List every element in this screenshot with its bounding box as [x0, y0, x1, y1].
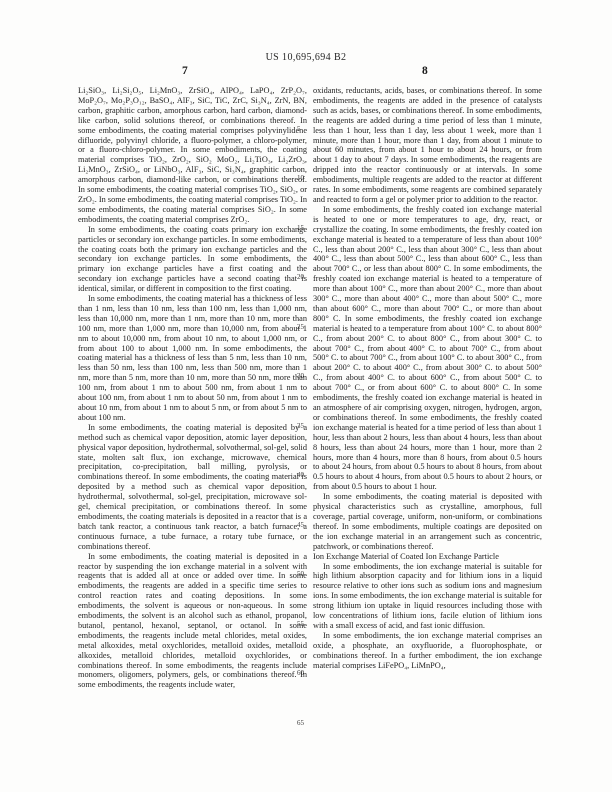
column-7-text: Li₂SiO₃, Li₂Si₂O₅, Li₂MnO₃, ZrSiO₄, AlPO…: [78, 86, 307, 690]
line-number: 65: [297, 719, 311, 728]
patent-number-header: US 10,695,694 B2: [0, 52, 612, 63]
paragraph: In some embodiments, the coating materia…: [78, 294, 307, 423]
paragraph: In some embodiments, the coating materia…: [78, 552, 307, 691]
paragraph: In some embodiments, the freshly coated …: [313, 205, 542, 492]
column-number-right: 8: [422, 65, 428, 77]
patent-page: US 10,695,694 B2 7 8 5 10 15 20 25 30 35…: [0, 0, 612, 792]
section-heading: Ion Exchange Material of Coated Ion Exch…: [313, 552, 542, 562]
paragraph: In some embodiments, the ion exchange ma…: [313, 562, 542, 631]
column-number-left: 7: [182, 65, 188, 77]
paragraph-continuation: oxidants, reductants, acids, bases, or c…: [313, 86, 542, 205]
paragraph: In some embodiments, the ion exchange ma…: [313, 631, 542, 671]
paragraph-continuation: Li₂SiO₃, Li₂Si₂O₅, Li₂MnO₃, ZrSiO₄, AlPO…: [78, 86, 307, 225]
paragraph: In some embodiments, the coating materia…: [78, 423, 307, 552]
paragraph: In some embodiments, the coating coats p…: [78, 225, 307, 294]
paragraph: In some embodiments, the coating materia…: [313, 492, 542, 551]
column-8-text: oxidants, reductants, acids, bases, or c…: [313, 86, 542, 670]
